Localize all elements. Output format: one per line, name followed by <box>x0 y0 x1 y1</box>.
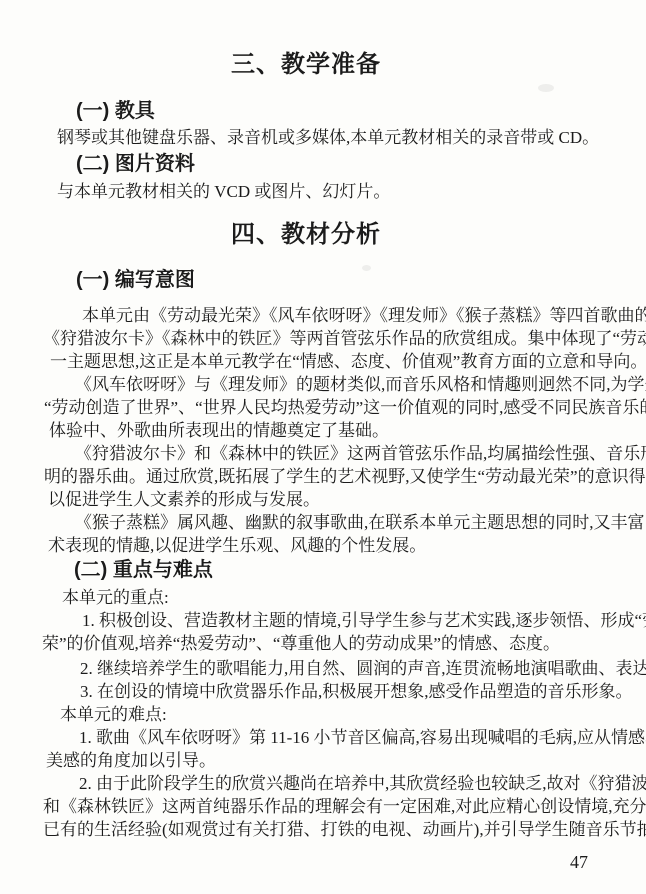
text-line: 已有的生活经验(如观赏过有关打猎、打铁的电视、动画片),并引导学生随音乐节拍、情… <box>43 818 646 841</box>
heading-key-difficult-points: (二) 重点与难点 <box>74 558 213 582</box>
heading-teaching-aids: (一) 教具 <box>76 99 155 123</box>
text-line: 3. 在创设的情境中欣赏器乐作品,积极展开想象,感受作品塑造的音乐形象。 <box>80 680 633 703</box>
text-line: 与本单元教材相关的 VCD 或图片、幻灯片。 <box>57 180 390 203</box>
text-line: 1. 积极创设、营造教材主题的情境,引导学生参与艺术实践,逐步领悟、形成“劳动最… <box>82 609 646 632</box>
text-line: 《猴子蒸糕》属风趣、幽默的叙事歌曲,在联系本单元主题思想的同时,又丰富了学生艺 <box>75 511 646 534</box>
text-line: 本单元由《劳动最光荣》《风车依呀呀》《理发师》《猴子蒸糕》等四首歌曲的欣赏、演唱… <box>82 304 646 327</box>
text-line: 1. 歌曲《风车依呀呀》第 11-16 小节音区偏高,容易出现喊唱的毛病,应从情… <box>79 726 646 749</box>
heading-picture-material: (二) 图片资料 <box>76 152 195 176</box>
section-title-teaching-preparation: 三、教学准备 <box>0 50 612 80</box>
text-line: 以促进学生人文素养的形成与发展。 <box>48 488 320 511</box>
text-line: “劳动创造了世界”、“世界人民均热爱劳动”这一价值观的同时,感受不同民族音乐的风… <box>44 396 646 419</box>
page-number: 47 <box>570 851 588 873</box>
text-line: 2. 由于此阶段学生的欣赏兴趣尚在培养中,其欣赏经验也较缺乏,故对《狩猎波尔卡》 <box>79 772 646 795</box>
text-line: 《狩猎波尔卡》《森林中的铁匠》等两首管弦乐作品的欣赏组成。集中体现了“劳动最光荣… <box>43 327 646 350</box>
text-line: 荣”的价值观,培养“热爱劳动”、“尊重他人的劳动成果”的情感、态度。 <box>42 632 560 655</box>
heading-writing-intent: (一) 编写意图 <box>76 268 195 292</box>
text-line: 本单元的难点: <box>60 703 167 726</box>
section-title-material-analysis: 四、教材分析 <box>0 220 612 250</box>
text-line: 和《森林铁匠》这两首纯器乐作品的理解会有一定困难,对此应精心创设情境,充分利用学… <box>43 795 646 818</box>
text-line: 2. 继续培养学生的歌唱能力,用自然、圆润的声音,连贯流畅地演唱歌曲、表达感情。 <box>80 657 646 680</box>
document-page: 三、教学准备 (一) 教具 钢琴或其他键盘乐器、录音机或多媒体,本单元教材相关的… <box>0 0 646 894</box>
text-line: 美感的角度加以引导。 <box>46 749 216 772</box>
text-line: 《风车依呀呀》与《理发师》的题材类似,而音乐风格和情趣则迥然不同,为学生在领悟 <box>75 373 646 396</box>
text-line: 《狩猎波尔卡》和《森林中的铁匠》这两首管弦乐作品,均属描绘性强、音乐形象生动、鲜 <box>75 442 646 465</box>
text-line: 术表现的情趣,以促进学生乐观、风趣的个性发展。 <box>48 534 426 557</box>
scan-smudge <box>538 84 554 92</box>
text-line: 一主题思想,这正是本单元教学在“情感、态度、价值观”教育方面的立意和导向。 <box>50 350 646 373</box>
text-line: 本单元的重点: <box>62 586 169 609</box>
text-line: 体验中、外歌曲所表现出的情趣奠定了基础。 <box>49 419 389 442</box>
scan-smudge <box>362 265 371 271</box>
text-line: 明的器乐曲。通过欣赏,既拓展了学生的艺术视野,又使学生“劳动最光荣”的意识得到升… <box>44 465 646 488</box>
text-line: 钢琴或其他键盘乐器、录音机或多媒体,本单元教材相关的录音带或 CD。 <box>57 126 599 149</box>
